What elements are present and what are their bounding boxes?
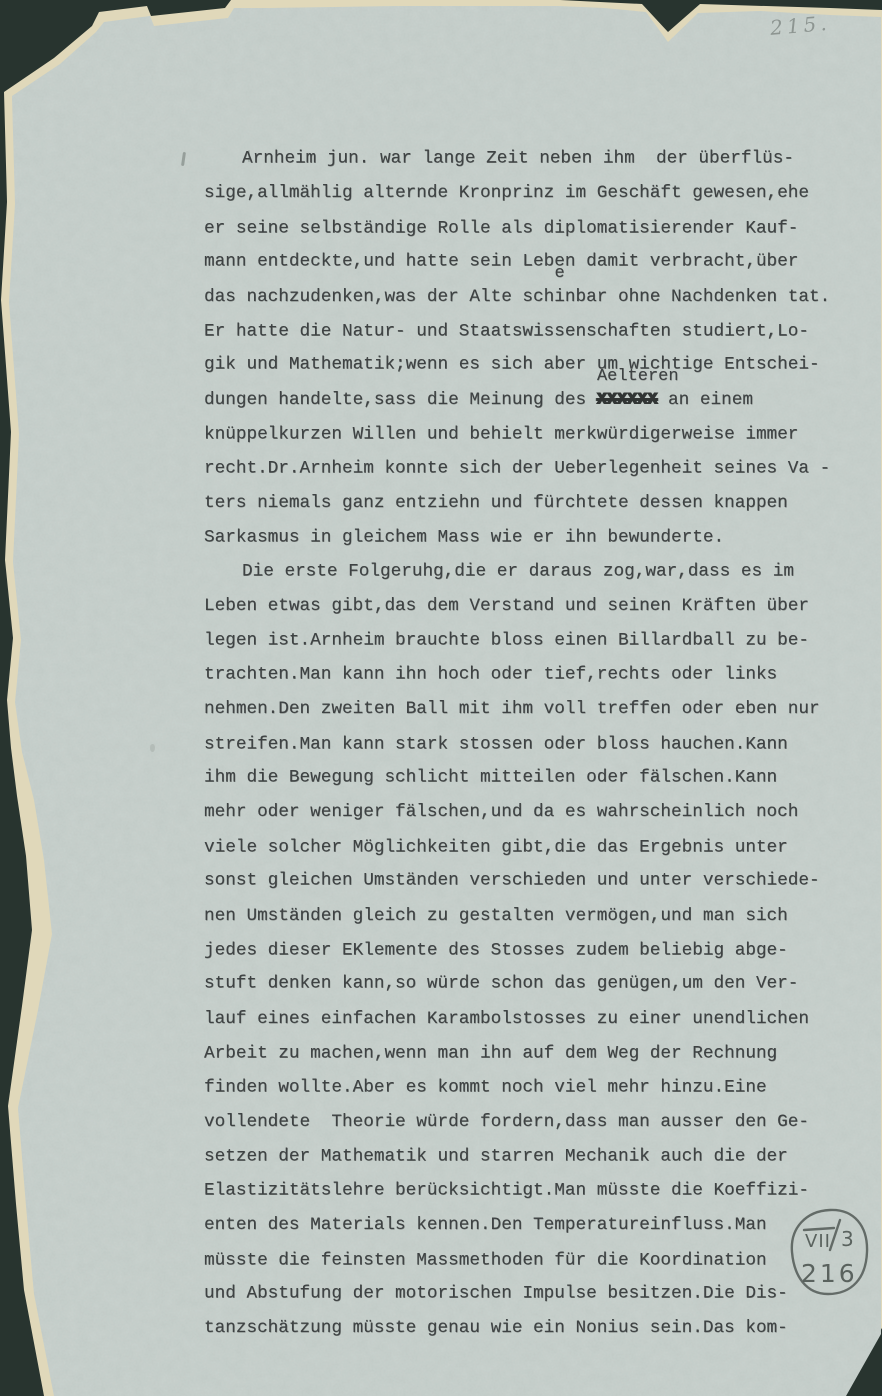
typescript-line: nehmen.Den zweiten Ball mit ihm voll tre…: [204, 692, 844, 726]
stamp-number: 216: [801, 1259, 858, 1288]
typed-insertion: Aelteren: [597, 367, 679, 386]
typescript-line: stuft denken kann,so würde schon das gen…: [204, 967, 844, 1001]
struck-out-word: XXXXXX: [597, 390, 658, 410]
typescript-line: setzen der Mathematik und starren Mechan…: [204, 1140, 844, 1174]
stamp-roman: VII: [805, 1231, 831, 1252]
typescript-line: Elastizitätslehre berücksichtigt.Man müs…: [204, 1173, 844, 1207]
typescript-line: nen Umständen gleich zu gestalten vermög…: [204, 899, 844, 933]
typescript-line: lauf eines einfachen Karambolstosses zu …: [204, 1002, 844, 1036]
typed-text: an einem: [657, 390, 753, 410]
stamp-denominator: 3: [841, 1227, 854, 1251]
typescript-line: trachten.Man kann ihn hoch oder tief,rec…: [204, 657, 844, 691]
typescript-line: recht.Dr.Arnheim konnte sich der Ueberle…: [204, 451, 844, 485]
typescript-line: Sarkasmus in gleichem Mass wie er ihn be…: [204, 521, 844, 555]
typescript-line: legen ist.Arnheim brauchte bloss einen B…: [204, 624, 844, 658]
typed-text: dungen handelte,sass die Meinung des: [204, 390, 597, 410]
typescript-line: ters niemals ganz entziehn und fürchtete…: [204, 486, 844, 520]
typescript-line: sonst gleichen Umständen verschieden und…: [204, 864, 844, 898]
typescript-line: das nachzudenken,was der Alte schinbar o…: [204, 280, 844, 314]
typescript-line: müsste die feinsten Massmethoden für die…: [204, 1243, 844, 1277]
typescript-line: finden wollte.Aber es kommt noch viel me…: [204, 1070, 844, 1104]
typescript-line: ihm die Bewegung schlicht mitteilen oder…: [204, 761, 844, 795]
typescript-line: Leben etwas gibt,das dem Verstand und se…: [204, 589, 844, 623]
typescript-line: tanzschätzung müsste genau wie ein Noniu…: [204, 1311, 844, 1345]
roman-overline: [804, 1228, 834, 1230]
typed-insertion: e: [554, 264, 564, 283]
typescript-line: viele solcher Möglichkeiten gibt,die das…: [204, 830, 844, 864]
typescript-line: gik und Mathematik;wenn es sich aber um …: [204, 348, 844, 382]
typescript-line: jedes dieser EKlemente des Stosses zudem…: [204, 933, 844, 967]
typescript-line: Er hatte die Natur- und Staatswissenscha…: [204, 314, 844, 348]
typescript-line: und Abstufung der motorischen Impulse be…: [204, 1276, 844, 1310]
stamp-slash: [830, 1220, 840, 1250]
typescript-line: Arnheim jun. war lange Zeit neben ihm de…: [204, 142, 844, 176]
typescript-line: knüppelkurzen Willen und behielt merkwür…: [204, 418, 844, 452]
typescript-line: mann entdeckte,und hatte sein Leben dami…: [204, 245, 844, 279]
typescript-line: er seine selbständige Rolle als diplomat…: [204, 211, 844, 245]
typescript-line: Arbeit zu machen,wenn man ihn auf dem We…: [204, 1037, 844, 1071]
typescript-line: enten des Materials kennen.Den Temperatu…: [204, 1208, 844, 1242]
typescript-line: mehr oder weniger fälschen,und da es wah…: [204, 795, 844, 829]
typescript-text: Arnheim jun. war lange Zeit neben ihm de…: [204, 142, 844, 1346]
typescript-line: Die erste Folgeruhg,die er daraus zog,wa…: [204, 554, 844, 588]
pencil-smudge: [150, 744, 155, 752]
archive-stamp: VII 3 216: [778, 1198, 882, 1308]
scanned-page: 215. Arnheim jun. war lange Zeit neben i…: [0, 0, 882, 1396]
typescript-line: streifen.Man kann stark stossen oder blo…: [204, 727, 844, 761]
typescript-line: dungen handelte,sass die Meinung des XXX…: [204, 383, 844, 417]
typescript-line: vollendete Theorie würde fordern,dass ma…: [204, 1105, 844, 1139]
typescript-line: sige,allmählig alternde Kronprinz im Ges…: [204, 176, 844, 210]
